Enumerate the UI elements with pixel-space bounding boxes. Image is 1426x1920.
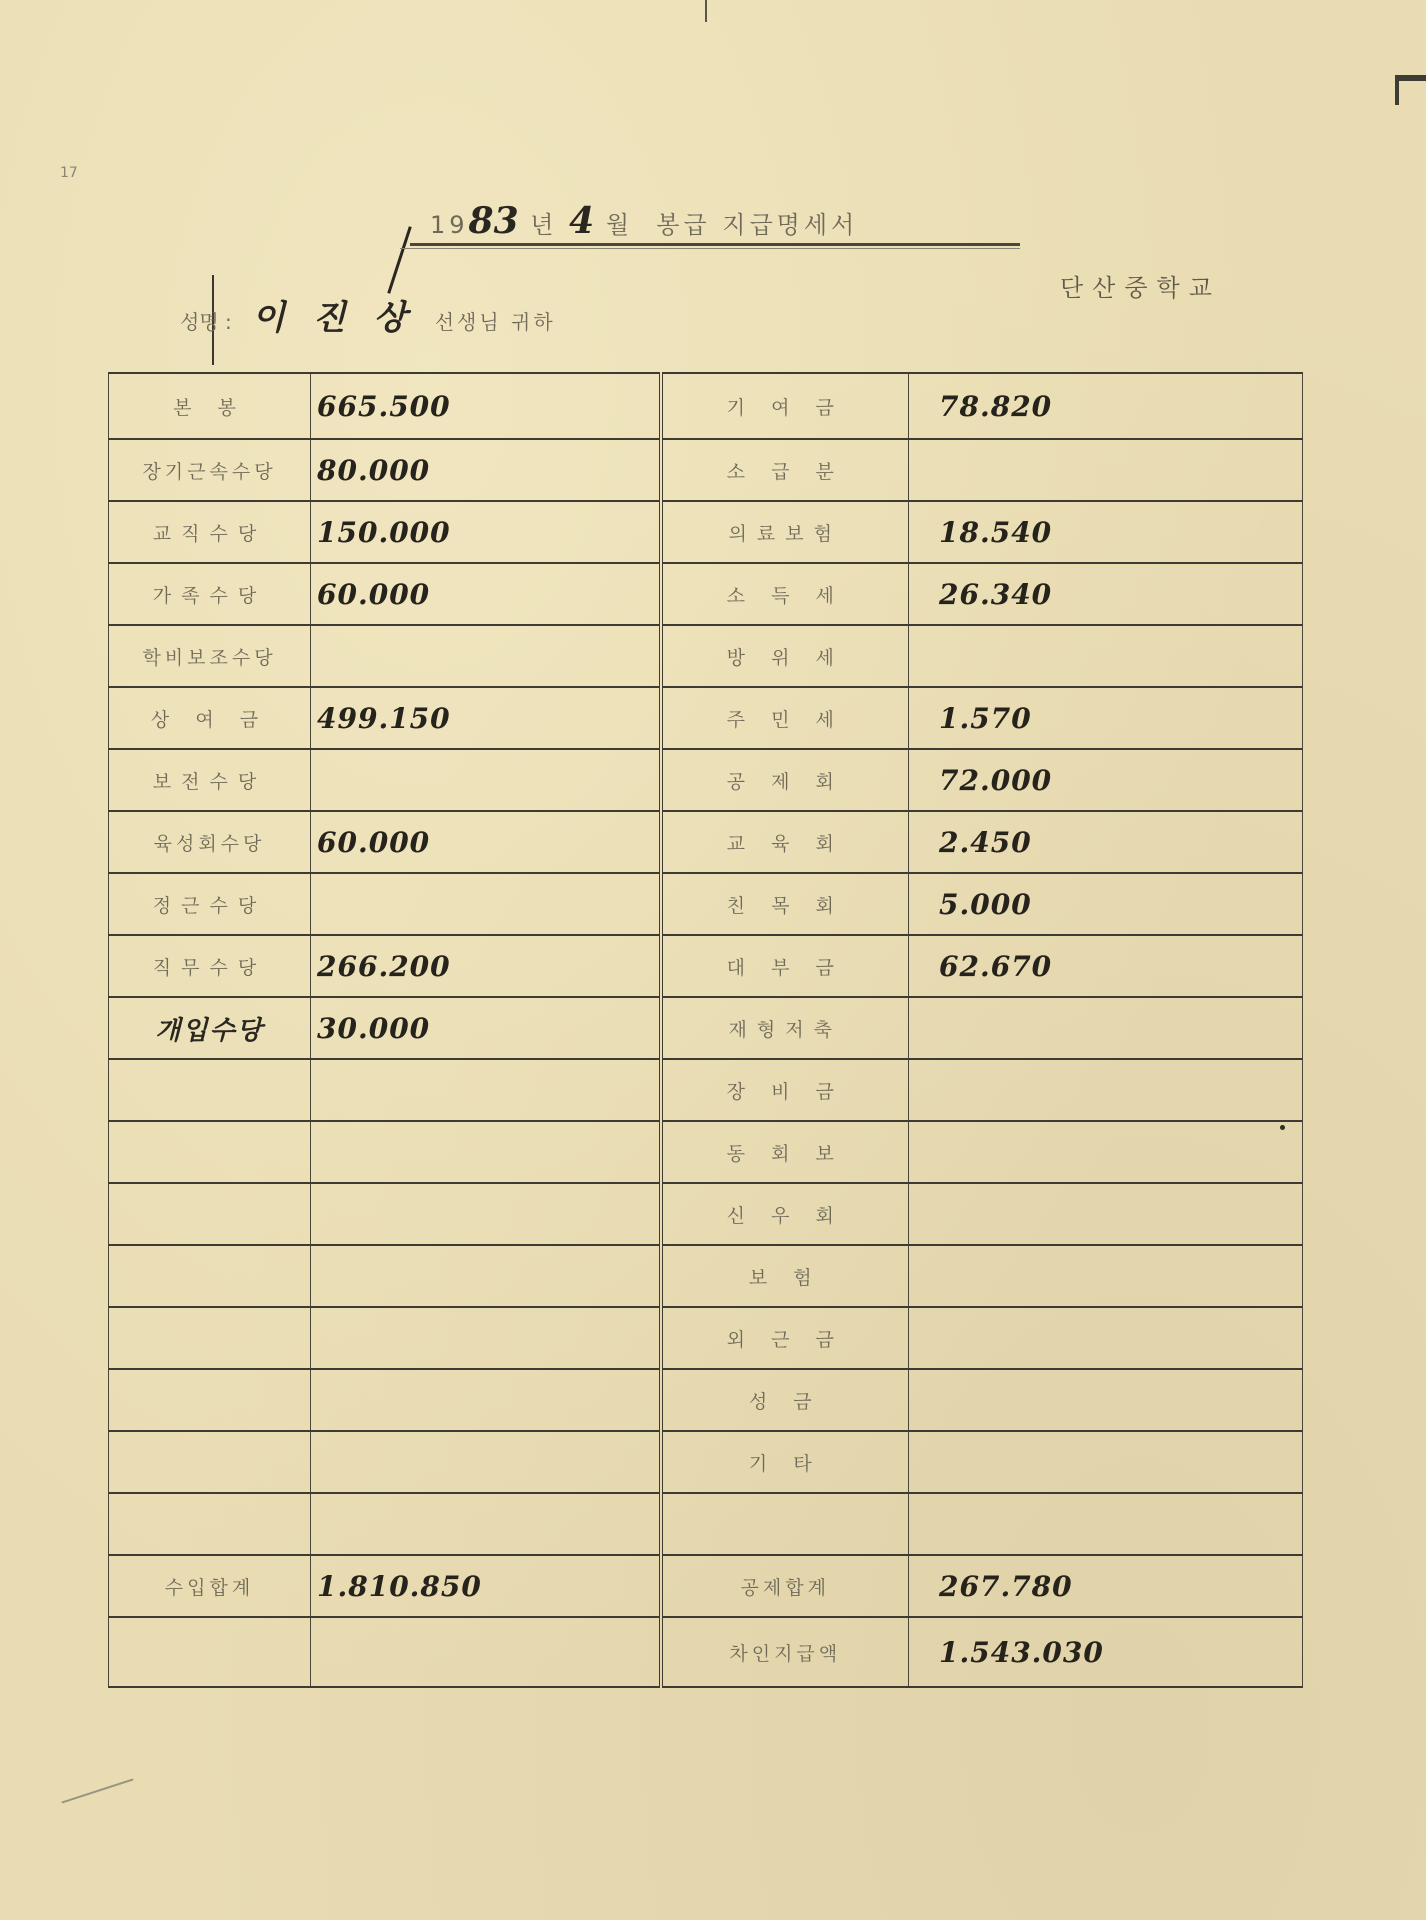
deduction-amount: 78.820 [909, 373, 1303, 439]
deduction-amount: 1.570 [909, 687, 1303, 749]
deduction-label: 보 험 [661, 1245, 909, 1307]
income-label: 개입수당 [109, 997, 311, 1059]
net-pay-label: 차인지급액 [661, 1617, 909, 1687]
income-amount: 60.000 [311, 811, 661, 873]
table-row: 본 봉665.500기 여 금78.820 [109, 373, 1303, 439]
income-label: 가족수당 [109, 563, 311, 625]
income-amount [311, 1245, 661, 1307]
deduction-amount [909, 1307, 1303, 1369]
table-row: 장기근속수당80.000소 급 분 [109, 439, 1303, 501]
deduction-label: 기 타 [661, 1431, 909, 1493]
income-label [109, 1307, 311, 1369]
table-row: 학비보조수당방 위 세 [109, 625, 1303, 687]
income-amount [311, 1059, 661, 1121]
year-handwritten: 83 [469, 200, 519, 242]
table-row: 육성회수당60.000교 육 회2.450 [109, 811, 1303, 873]
deduction-label: 소 득 세 [661, 563, 909, 625]
title-underline [410, 243, 1020, 246]
deduction-amount [909, 1369, 1303, 1431]
table-row: 상 여 금499.150주 민 세1.570 [109, 687, 1303, 749]
table-row: 동 회 보 [109, 1121, 1303, 1183]
income-label [109, 1121, 311, 1183]
income-label [109, 1369, 311, 1431]
income-label [109, 1183, 311, 1245]
month-suffix: 월 [606, 211, 633, 239]
deduction-total: 267.780 [909, 1555, 1303, 1617]
income-label: 교직수당 [109, 501, 311, 563]
table-row: 성 금 [109, 1369, 1303, 1431]
scan-mark [1395, 75, 1426, 81]
income-amount: 60.000 [311, 563, 661, 625]
table-row: 외 근 금 [109, 1307, 1303, 1369]
income-label: 보전수당 [109, 749, 311, 811]
table-row: 보전수당공 제 회72.000 [109, 749, 1303, 811]
income-amount [311, 873, 661, 935]
deduction-label: 대 부 금 [661, 935, 909, 997]
income-amount [311, 1121, 661, 1183]
table-row: 개입수당30.000재형저축 [109, 997, 1303, 1059]
table-row: 신 우 회 [109, 1183, 1303, 1245]
title-text: 봉급 지급명세서 [656, 211, 858, 239]
recipient-name: 이 진 상 [252, 298, 414, 338]
deduction-label: 주 민 세 [661, 687, 909, 749]
name-label: 성명 : [180, 310, 232, 334]
scan-mark [1395, 75, 1399, 105]
deduction-total-label: 공제합계 [661, 1555, 909, 1617]
income-label: 육성회수당 [109, 811, 311, 873]
school-name: 단산중학교 [1060, 268, 1221, 303]
income-label: 상 여 금 [109, 687, 311, 749]
income-amount: 80.000 [311, 439, 661, 501]
income-label: 학비보조수당 [109, 625, 311, 687]
deduction-amount [909, 1245, 1303, 1307]
income-amount: 665.500 [311, 373, 661, 439]
deduction-amount: 2.450 [909, 811, 1303, 873]
deduction-label: 의료보험 [661, 501, 909, 563]
income-amount [311, 625, 661, 687]
deduction-amount [909, 1121, 1303, 1183]
pen-stroke [62, 1778, 134, 1803]
table-row: 기 타 [109, 1431, 1303, 1493]
deduction-label: 소 급 분 [661, 439, 909, 501]
deduction-label: 성 금 [661, 1369, 909, 1431]
deduction-amount [909, 1059, 1303, 1121]
deduction-label: 공 제 회 [661, 749, 909, 811]
income-amount: 499.150 [311, 687, 661, 749]
empty-cell [109, 1617, 311, 1687]
totals-row: 수입합계1.810.850공제합계267.780 [109, 1555, 1303, 1617]
deduction-label: 장 비 금 [661, 1059, 909, 1121]
document-title: 1983 년 4 월 봉급 지급명세서 [430, 200, 858, 242]
table-row: 가족수당60.000소 득 세26.340 [109, 563, 1303, 625]
income-amount [311, 1369, 661, 1431]
income-amount: 30.000 [311, 997, 661, 1059]
deduction-amount: 18.540 [909, 501, 1303, 563]
pen-stroke [387, 226, 411, 294]
deduction-label: 방 위 세 [661, 625, 909, 687]
income-label: 본 봉 [109, 373, 311, 439]
income-amount [311, 1431, 661, 1493]
table-row: 직무수당266.200대 부 금62.670 [109, 935, 1303, 997]
deduction-amount: 5.000 [909, 873, 1303, 935]
table-row: 교직수당150.000의료보험18.540 [109, 501, 1303, 563]
deduction-label: 교 육 회 [661, 811, 909, 873]
income-amount: 266.200 [311, 935, 661, 997]
deduction-label: 친 목 회 [661, 873, 909, 935]
year-suffix: 년 [530, 211, 557, 239]
deduction-label: 기 여 금 [661, 373, 909, 439]
income-label [109, 1493, 311, 1555]
income-label: 장기근속수당 [109, 439, 311, 501]
income-label [109, 1431, 311, 1493]
margin-note: 17 [60, 165, 78, 181]
deduction-amount [909, 997, 1303, 1059]
title-underline [400, 248, 1020, 249]
deduction-amount: 72.000 [909, 749, 1303, 811]
table-row: 장 비 금 [109, 1059, 1303, 1121]
net-pay-row: 차인지급액1.543.030 [109, 1617, 1303, 1687]
deduction-amount [909, 1183, 1303, 1245]
income-label: 직무수당 [109, 935, 311, 997]
deduction-amount [909, 1431, 1303, 1493]
deduction-amount: 26.340 [909, 563, 1303, 625]
title-prefix: 19 [430, 211, 469, 239]
deduction-amount [909, 1493, 1303, 1555]
deduction-amount [909, 625, 1303, 687]
table-row: 보 험 [109, 1245, 1303, 1307]
income-total-label: 수입합계 [109, 1555, 311, 1617]
deduction-label: 신 우 회 [661, 1183, 909, 1245]
deduction-label [661, 1493, 909, 1555]
scan-mark [705, 0, 707, 22]
table-row [109, 1493, 1303, 1555]
income-amount [311, 1493, 661, 1555]
income-amount [311, 1183, 661, 1245]
deduction-amount: 62.670 [909, 935, 1303, 997]
income-amount [311, 1307, 661, 1369]
recipient-suffix: 선생님 귀하 [435, 310, 556, 334]
month-handwritten: 4 [569, 200, 594, 242]
income-total: 1.810.850 [311, 1555, 661, 1617]
income-label: 정근수당 [109, 873, 311, 935]
income-amount: 150.000 [311, 501, 661, 563]
deduction-label: 외 근 금 [661, 1307, 909, 1369]
income-amount [311, 749, 661, 811]
recipient-line: 성명 : 이 진 상 선생님 귀하 [180, 290, 556, 339]
deduction-label: 동 회 보 [661, 1121, 909, 1183]
deduction-label: 재형저축 [661, 997, 909, 1059]
deduction-amount [909, 439, 1303, 501]
empty-cell [311, 1617, 661, 1687]
income-label [109, 1245, 311, 1307]
net-pay-amount: 1.543.030 [909, 1617, 1303, 1687]
ink-speck [1280, 1125, 1285, 1130]
table-row: 정근수당친 목 회5.000 [109, 873, 1303, 935]
income-label [109, 1059, 311, 1121]
payslip-table: 본 봉665.500기 여 금78.820장기근속수당80.000소 급 분교직… [108, 372, 1303, 1688]
